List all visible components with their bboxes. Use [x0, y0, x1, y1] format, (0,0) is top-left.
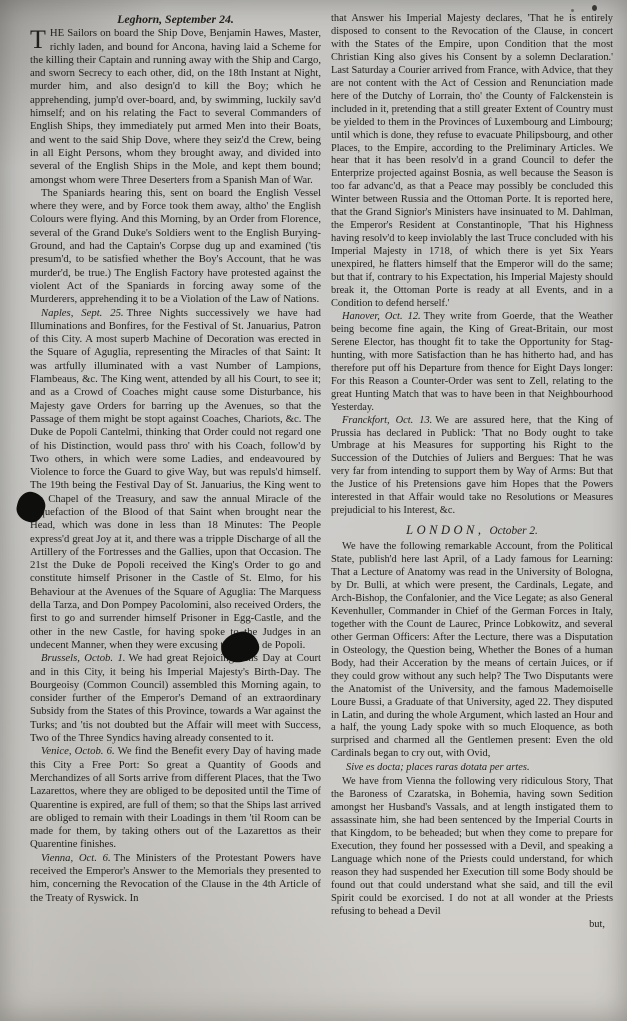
- dateline: Naples, Sept. 25.: [41, 307, 127, 319]
- paragraph-text: We are assured here, that the King of Pr…: [331, 415, 613, 517]
- section-heading-london: LONDON,October 2.: [331, 524, 613, 538]
- article-paragraph: Vienna, Oct. 6.The Ministers of the Prot…: [30, 852, 321, 905]
- ink-speck: [571, 9, 574, 12]
- article-paragraph: that Answer his Imperial Majesty declare…: [331, 13, 613, 311]
- dateline: Hanover, Oct. 12.: [342, 311, 424, 322]
- section-heading-date: October 2.: [490, 525, 538, 537]
- paragraph-text: HE Sailors on board the Ship Dove, Benja…: [30, 27, 321, 185]
- dateline: Brussels, Octob. 1.: [41, 652, 128, 664]
- paragraph-text: We find the Benefit every Day of having …: [30, 745, 321, 850]
- article-paragraph: Naples, Sept. 25.Three Nights successive…: [30, 307, 321, 653]
- catchword: but,: [331, 919, 613, 932]
- article-paragraph: Hanover, Oct. 12.They write from Goerde,…: [331, 311, 613, 415]
- article-paragraph: Franckfort, Oct. 13.We are assured here,…: [331, 415, 613, 519]
- latin-verse: Sive es docta; places raras dotata per a…: [331, 762, 613, 775]
- article-paragraph: THE Sailors on board the Ship Dove, Benj…: [30, 27, 321, 187]
- newspaper-page: Leghorn, September 24. THE Sailors on bo…: [0, 0, 627, 1021]
- dateline: Venice, Octob. 6.: [41, 745, 118, 757]
- left-column: Leghorn, September 24. THE Sailors on bo…: [30, 13, 321, 905]
- paragraph-text: We had great Rejoicings this Day at Cour…: [30, 652, 321, 744]
- paragraph-text: We have from Vienna the following very r…: [331, 776, 613, 917]
- paragraph-text: Three Nights successively we have had Il…: [30, 307, 321, 651]
- dateline: Vienna, Oct. 6.: [41, 852, 114, 864]
- ink-speck: [592, 5, 597, 11]
- right-column: that Answer his Imperial Majesty declare…: [331, 13, 613, 932]
- paragraph-text: They write from Goerde, that the Weather…: [331, 311, 613, 413]
- article-paragraph: We have from Vienna the following very r…: [331, 776, 613, 918]
- drop-cap: T: [30, 27, 50, 51]
- paragraph-text: We have the following remarkable Account…: [331, 541, 613, 759]
- section-heading-city: LONDON,: [406, 523, 484, 537]
- paragraph-text: The Spaniards hearing this, sent on boar…: [30, 187, 321, 305]
- article-paragraph: Venice, Octob. 6.We find the Benefit eve…: [30, 745, 321, 851]
- article-paragraph: Brussels, Octob. 1.We had great Rejoicin…: [30, 652, 321, 745]
- column-dateline-heading: Leghorn, September 24.: [30, 13, 321, 26]
- article-paragraph: The Spaniards hearing this, sent on boar…: [30, 187, 321, 307]
- paragraph-text: that Answer his Imperial Majesty declare…: [331, 13, 613, 309]
- article-paragraph: We have the following remarkable Account…: [331, 541, 613, 761]
- dateline: Franckfort, Oct. 13.: [342, 415, 435, 426]
